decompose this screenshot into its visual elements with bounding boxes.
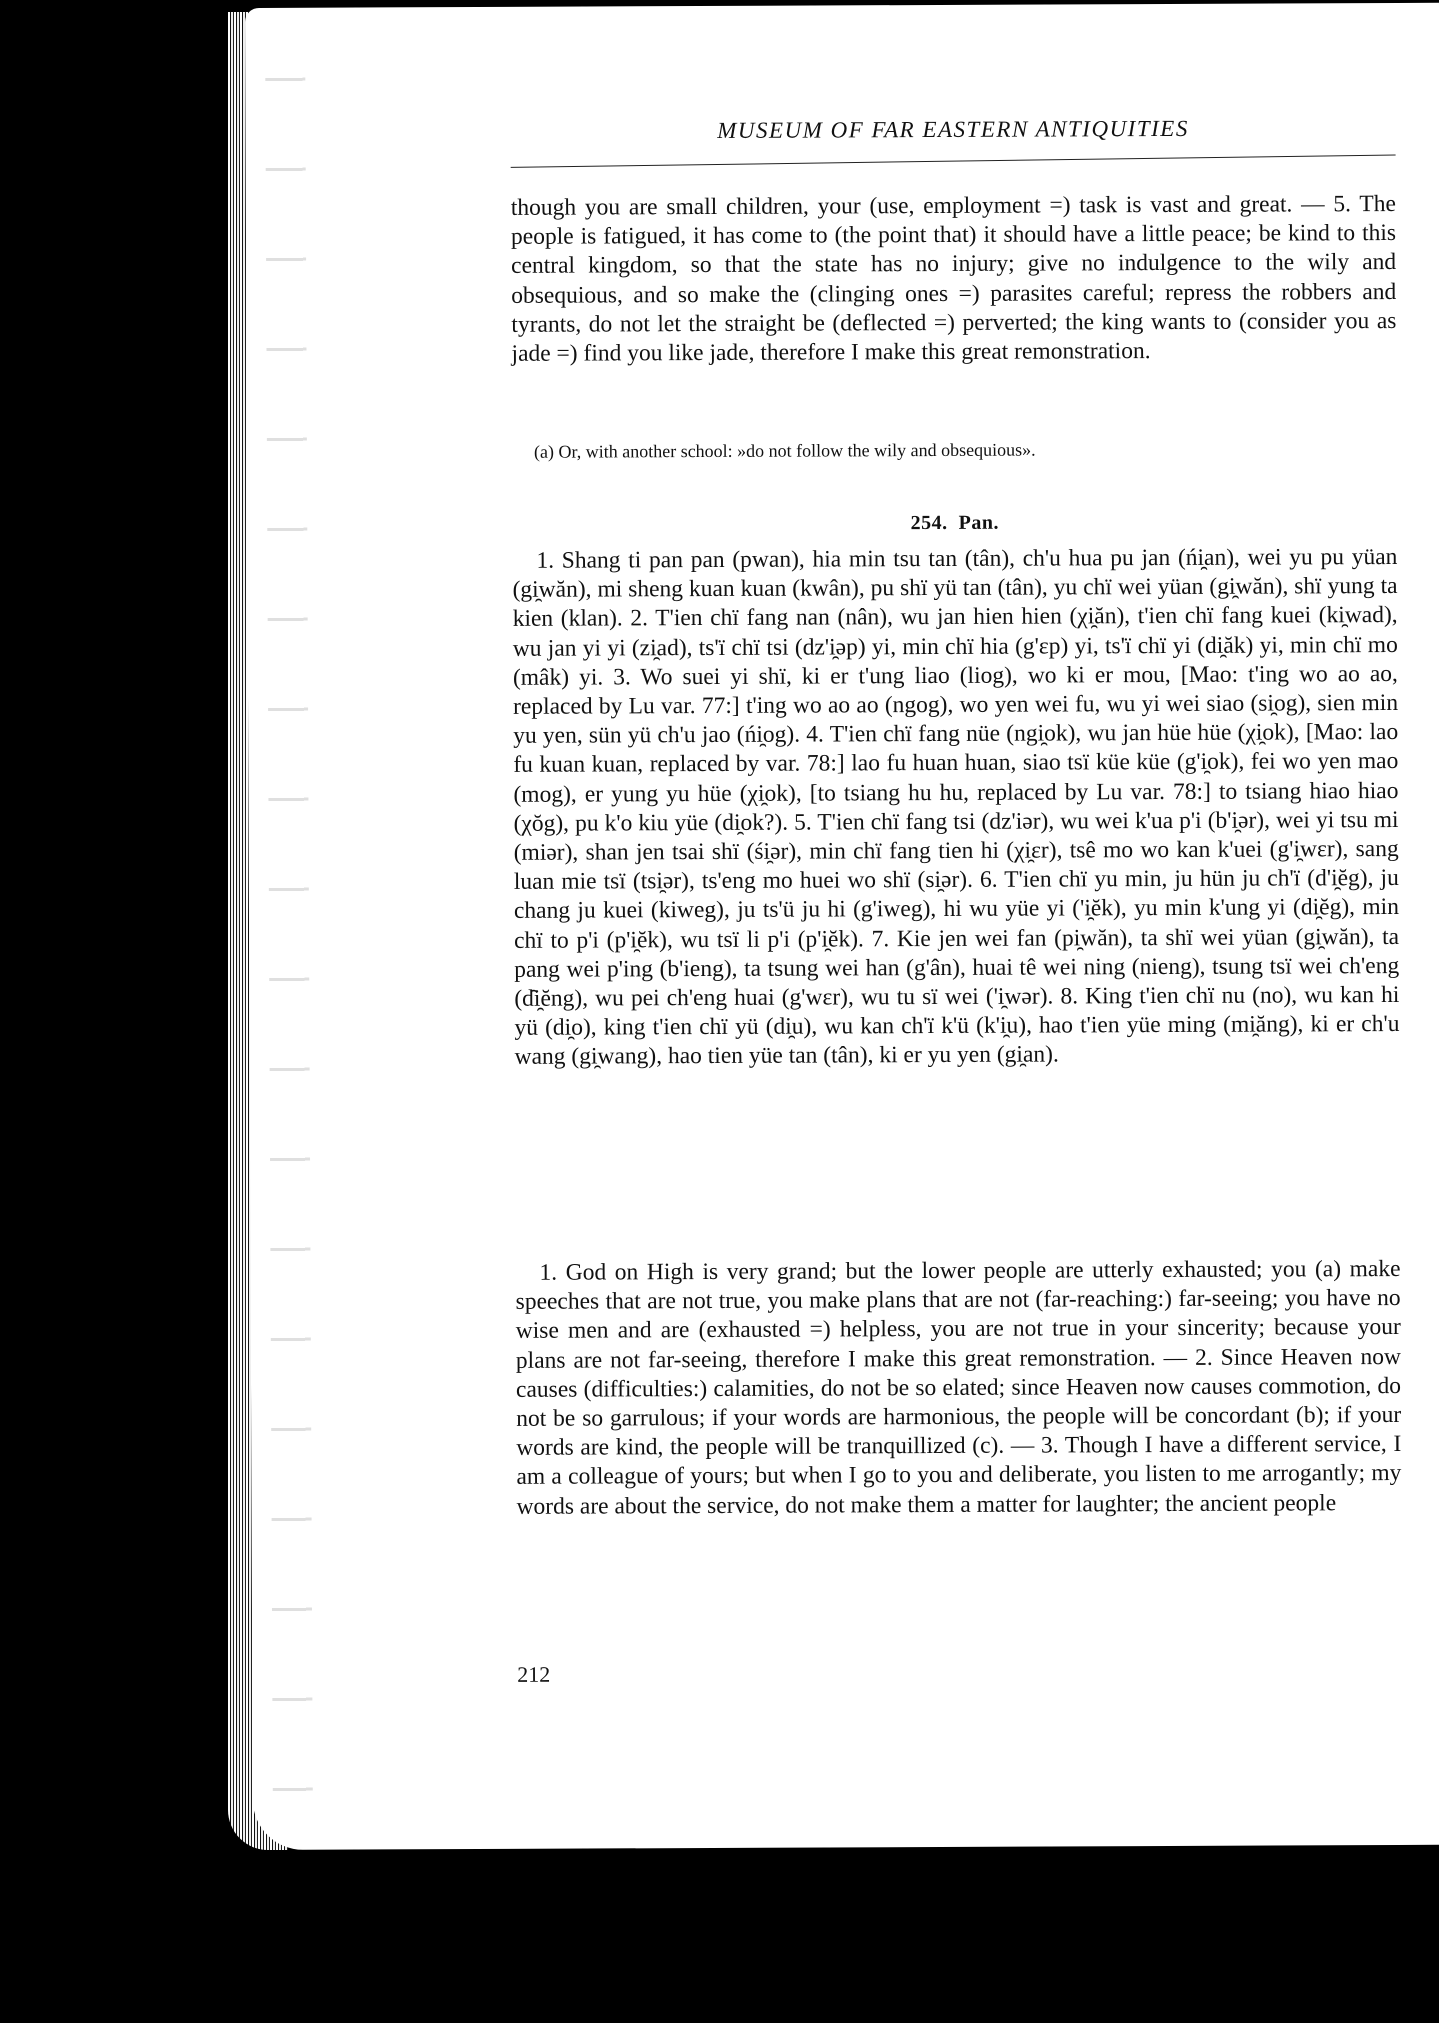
book-page: MUSEUM OF FAR EASTERN ANTIQUITIES though… <box>245 3 1439 1850</box>
running-head: MUSEUM OF FAR EASTERN ANTIQUITIES <box>510 115 1395 145</box>
gutter-show-through <box>265 48 313 1808</box>
section-heading: 254. Pan. <box>512 510 1397 537</box>
page-number: 212 <box>517 1662 550 1688</box>
transliteration-paragraph: 1. Shang ti pan pan (pwan), hia min tsu … <box>512 543 1399 1073</box>
text-block: MUSEUM OF FAR EASTERN ANTIQUITIES though… <box>510 3 1395 7</box>
paragraph-continuation: though you are small children, your (use… <box>511 190 1397 369</box>
footnote: (a) Or, with another school: »do not fol… <box>534 440 1036 463</box>
header-rule <box>511 154 1396 167</box>
section-number: 254. <box>911 512 948 534</box>
translation-paragraph: 1. God on High is very grand; but the lo… <box>515 1255 1401 1522</box>
section-title: Pan. <box>959 512 999 534</box>
